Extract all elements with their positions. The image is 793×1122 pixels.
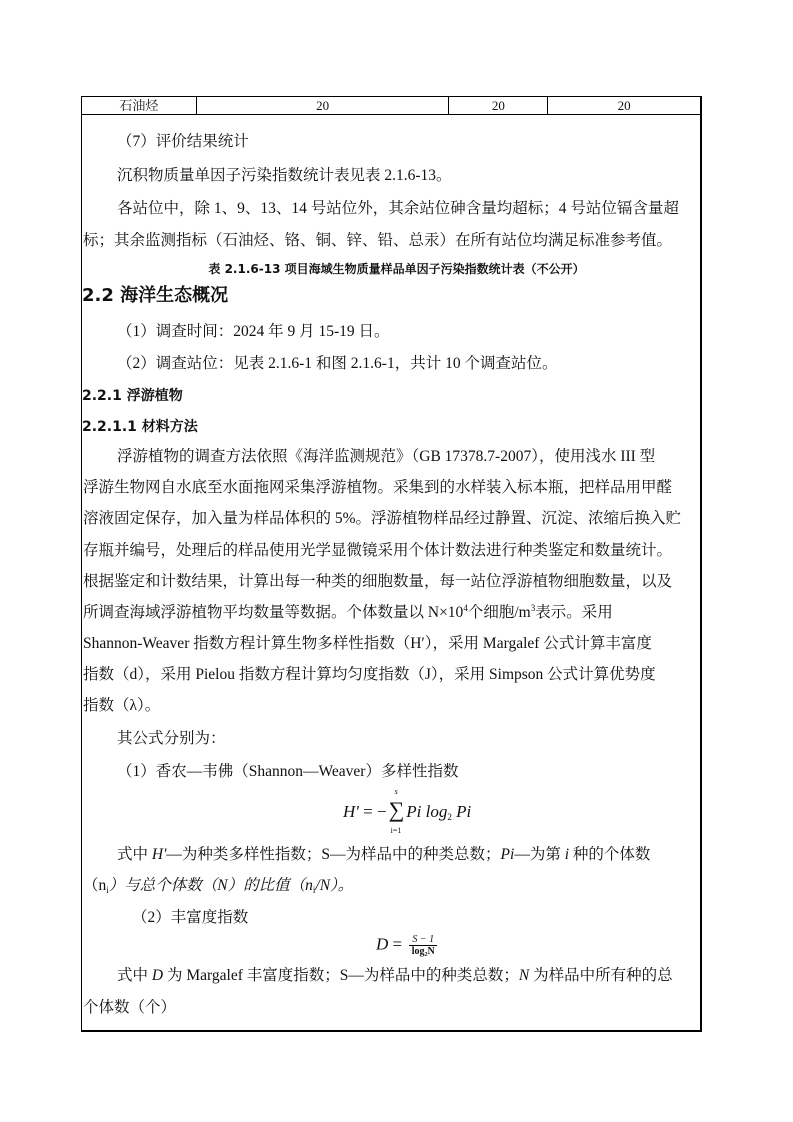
- section-title: 2.2.1 浮游植物: [82, 386, 183, 406]
- table-last-row: 石油烃 20 20 20: [81, 96, 702, 115]
- paragraph: 其公式分别为：: [117, 729, 226, 749]
- paragraph-line: 标；其余监测指标（石油烃、铬、铜、锌、铅、总汞）在所有站位均满足标准参考值。: [83, 231, 672, 251]
- text: 式中: [117, 967, 152, 984]
- paragraph-line: 所调查海域浮游植物平均数量等数据。个体数量以 N×104个细胞/m3表示。采用: [83, 603, 613, 623]
- formula-lhs: D: [376, 934, 388, 953]
- table-cell-value: 20: [197, 97, 450, 114]
- sigma-icon: ∑si=1: [389, 797, 405, 823]
- formula-description: 个体数（个）: [83, 998, 176, 1018]
- paragraph-line: Shannon-Weaver 指数方程计算生物多样性指数（H′），采用 Marg…: [83, 634, 652, 654]
- formula-eq: =: [388, 934, 406, 953]
- text: 为 Margalef 丰富度指数；S—为样品中的种类总数；: [163, 967, 519, 984]
- sigma-upper: s: [395, 787, 398, 796]
- table-cell-value: 20: [449, 97, 548, 114]
- paragraph-line: 浮游生物网自水底至水面拖网采集浮游植物。采集到的水样装入标本瓶，把样品用甲醛: [83, 478, 672, 498]
- formula-rhs: Pi log: [406, 802, 447, 821]
- table-caption: 表 2.1.6-13 项目海域生物质量样品单因子污染指数统计表（不公开）: [0, 260, 793, 277]
- text: 个细胞/m: [468, 604, 531, 621]
- text: 式中: [117, 846, 152, 863]
- text: （n: [83, 877, 106, 894]
- text: D: [152, 967, 163, 984]
- text: ）与总个体数（N）的比值（n: [109, 877, 313, 894]
- text: —为种类多样性指数；S—为样品中的种类总数；: [166, 846, 500, 863]
- numerator: S − 1: [409, 934, 437, 946]
- formula-tail: Pi: [452, 802, 471, 821]
- paragraph-line: 指数（d），采用 Pielou 指数方程计算均匀度指数（J），采用 Simpso…: [83, 665, 656, 685]
- paragraph-line: 溶液固定保存，加入量为样品体积的 5%。浮游植物样品经过静置、沉淀、浓缩后换入贮: [83, 509, 681, 529]
- denominator: log₂N: [412, 946, 435, 957]
- paragraph: 沉积物质量单因子污染指数统计表见表 2.1.6-13。: [117, 166, 452, 186]
- text: Pi: [501, 846, 515, 863]
- text: 种的个体数: [569, 846, 650, 863]
- sigma-lower: i=1: [391, 826, 402, 835]
- formula-title: （2）丰富度指数: [132, 908, 248, 928]
- text: —为第: [514, 846, 564, 863]
- fraction: S − 1log₂N: [409, 934, 437, 957]
- list-item: （1）调查时间：2024 年 9 月 15-19 日。: [117, 322, 390, 342]
- margalef-formula: D = S − 1log₂N: [376, 934, 437, 957]
- formula-description: 式中 D 为 Margalef 丰富度指数；S—为样品中的种类总数；N 为样品中…: [117, 966, 673, 986]
- paragraph-line: 浮游植物的调查方法依照《海洋监测规范》（GB 17378.7-2007），使用浅…: [117, 447, 655, 467]
- formula-title: （1）香农—韦佛（Shannon—Weaver）多样性指数: [117, 762, 458, 782]
- formula-description: 式中 H'—为种类多样性指数；S—为样品中的种类总数；Pi—为第 i 种的个体数: [117, 845, 650, 865]
- formula-description: （ni）与总个体数（N）的比值（ni/N）。: [83, 876, 353, 896]
- paragraph-line: 指数（λ）。: [83, 696, 160, 716]
- text: N: [519, 967, 529, 984]
- section-title: 2.2 海洋生态概况: [82, 286, 228, 306]
- table-cell-indicator: 石油烃: [82, 97, 197, 114]
- shannon-formula: H' = −∑si=1Pi log2 Pi: [343, 797, 471, 823]
- text: 为样品中所有种的总: [529, 967, 672, 984]
- text: H': [152, 846, 167, 863]
- paragraph-line: 存瓶并编号，处理后的样品使用光学显微镜采用个体计数法进行种类鉴定和数量统计。: [83, 541, 672, 561]
- paragraph-line: 根据鉴定和计数结果，计算出每一种类的细胞数量，每一站位浮游植物细胞数量，以及: [83, 572, 672, 592]
- list-item: （2）调查站位：见表 2.1.6-1 和图 2.1.6-1，共计 10 个调查站…: [117, 354, 557, 374]
- formula-eq: = −: [359, 802, 387, 821]
- table-cell-value: 20: [548, 97, 700, 114]
- text: 表示。采用: [535, 604, 613, 621]
- section-subtitle: 2.2.1.1 材料方法: [82, 417, 198, 437]
- paragraph-line: 各站位中，除 1、9、13、14 号站位外，其余站位砷含量均超标；4 号站位镉含…: [117, 199, 679, 219]
- subsection-heading: （7）评价结果统计: [117, 132, 249, 152]
- formula-lhs: H': [343, 802, 359, 821]
- text: /N）。: [315, 877, 353, 894]
- text: 所调查海域浮游植物平均数量等数据。个体数量以 N×10: [83, 604, 463, 621]
